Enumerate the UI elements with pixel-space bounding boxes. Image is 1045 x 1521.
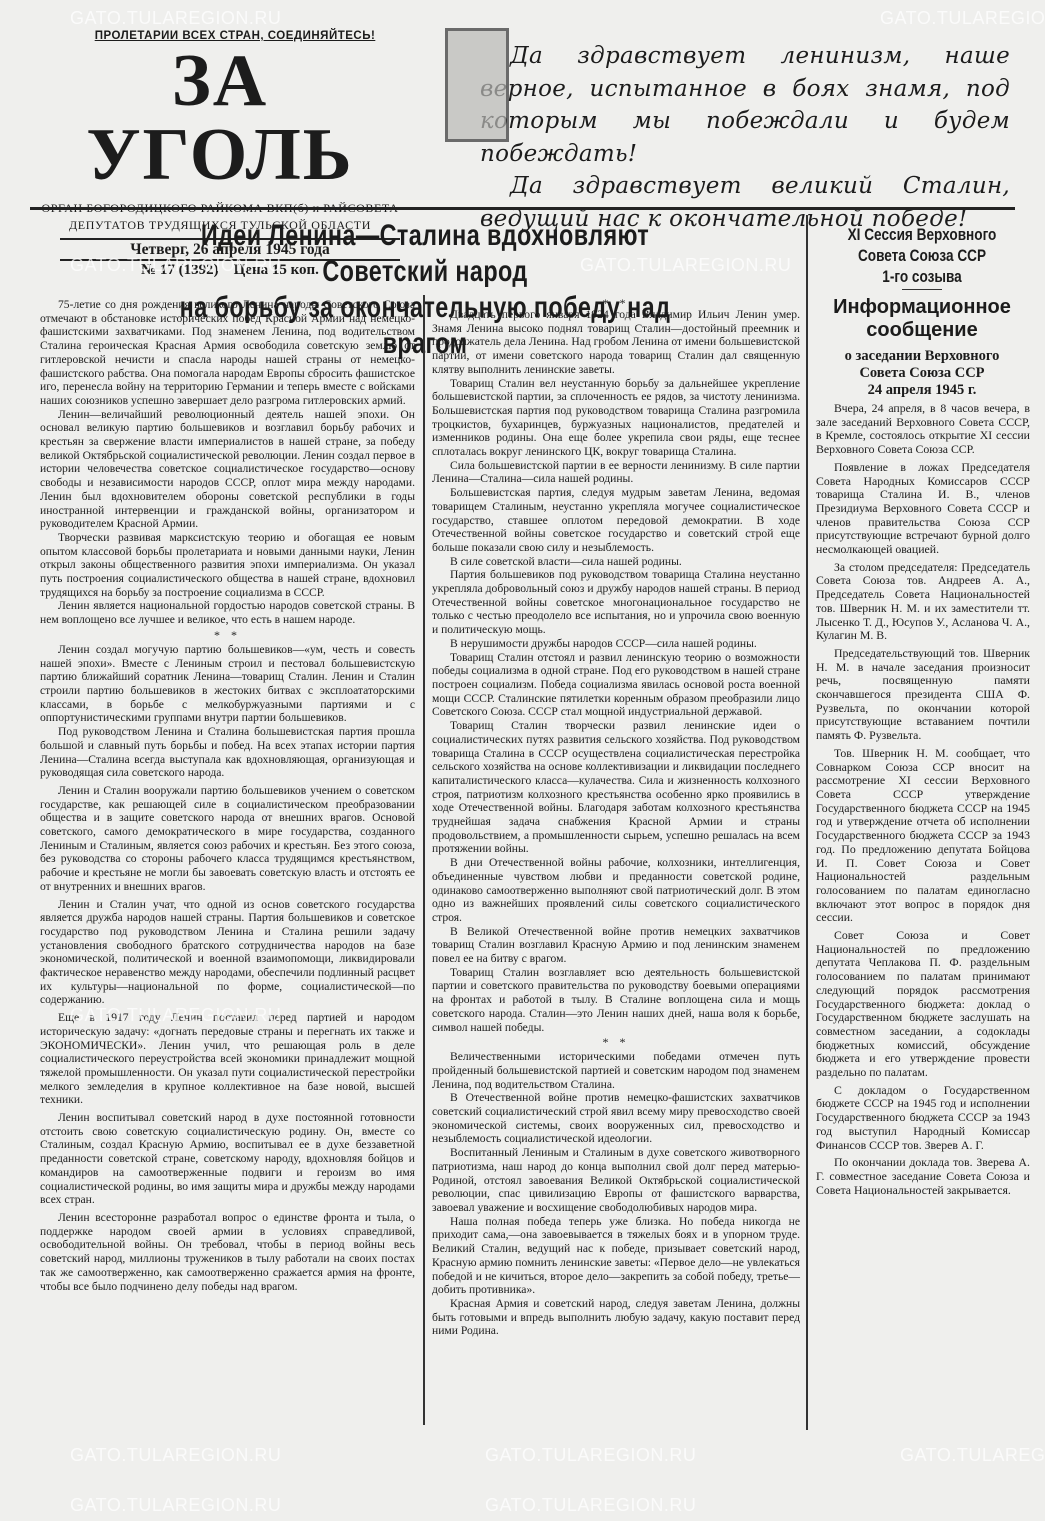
paragraph: В дни Отечественной войны рабочие, колхо… [432,856,800,925]
asterism: * * [432,1034,800,1050]
newspaper-title: ЗА УГОЛЬ [40,44,400,192]
divider [902,289,942,290]
article-column-1: 75-летие со дня рождения великого Ленина… [40,298,415,1293]
paragraph: Ленин является национальной гордостью на… [40,599,415,626]
paragraph: В нерушимости дружбы народов СССР—сила н… [432,637,800,651]
watermark: GATO.TULAREGION.RU [70,1495,281,1516]
paragraph: Двадцать первого января 1924 года Владим… [432,308,800,377]
paragraph: Ленин создал могучую партию большевиков—… [40,643,415,725]
asterism: * * [40,627,415,643]
session-title: XI Сессия Верховного Совета Союза ССР 1-… [834,224,1010,287]
asterism: * * [432,298,800,308]
watermark: GATO.TULAREGION.RU [485,1495,696,1516]
paragraph: Тов. Шверник Н. М. сообщает, что Совнарк… [816,747,1030,925]
info-title: Информационное сообщение [812,296,1032,342]
paragraph: Сила большевистской партии в ее верности… [432,459,800,486]
watermark: GATO.TULAREGION.RU [900,1445,1045,1466]
watermark: GATO.TULAREGION.RU [485,1445,696,1466]
paragraph: В силе советской власти—сила нашей родин… [432,555,800,569]
motto-line: Да здравствует ленинизм, наше верное, ис… [480,40,1010,170]
paragraph: Красная Армия и советский народ, следуя … [432,1297,800,1338]
paragraph: Величественными историческими победами о… [432,1050,800,1091]
article-column-2: * * Двадцать первого января 1924 года Вл… [432,298,800,1338]
paragraph: Совет Союза и Совет Национальностей по п… [816,929,1030,1080]
paragraph: В Великой Отечественной войне против нем… [432,925,800,966]
paragraph: Появление в ложах Председателя Совета На… [816,461,1030,557]
paragraph: Товарищ Сталин отстоял и развил ленинску… [432,651,800,720]
sidebar-header: XI Сессия Верховного Совета Союза ССР 1-… [812,224,1032,399]
column-divider [423,295,425,1425]
paragraph: Ленин воспитывал советский народ в духе … [40,1111,415,1207]
paragraph: Наша полная победа теперь уже близка. Но… [432,1215,800,1297]
divider [30,207,1015,210]
paragraph: 75-летие со дня рождения великого Ленина… [40,298,415,408]
sidebar-column: Вчера, 24 апреля, в 8 часов вечера, в за… [816,402,1030,1197]
motto-block: Да здравствует ленинизм, наше верное, ис… [480,40,1010,235]
paragraph: Ленин и Сталин вооружали партию большеви… [40,784,415,894]
paragraph: Ленин всесторонне разработал вопрос о ед… [40,1211,415,1293]
paragraph: С докладом о Государственном бюджете ССС… [816,1084,1030,1153]
paragraph: Большевистская партия, следуя мудрым зав… [432,486,800,555]
paragraph: Товарищ Сталин возглавляет всю деятельно… [432,966,800,1035]
paragraph: Товарищ Сталин творчески развил ленински… [432,719,800,856]
paragraph: Партия большевиков под руководством това… [432,568,800,637]
paragraph: За столом председателя: Председатель Сов… [816,561,1030,643]
paragraph: Ленин—величайший революционный деятель н… [40,408,415,531]
paragraph: Вчера, 24 апреля, в 8 часов вечера, в за… [816,402,1030,457]
watermark: GATO.TULAREGION.RU [70,1445,281,1466]
paragraph: Товарищ Сталин вел неустанную борьбу за … [432,377,800,459]
paragraph: Еще в 1917 году Ленин поставил перед пар… [40,1011,415,1107]
column-divider [806,215,808,1430]
info-subtitle: о заседании Верховного Совета Союза ССР … [812,348,1032,399]
archive-stamp-icon [445,28,509,142]
paragraph: Под руководством Ленина и Сталина больше… [40,725,415,780]
paragraph: Ленин и Сталин учат, что одной из основ … [40,898,415,1008]
paragraph: Воспитанный Лениным и Сталиным в духе со… [432,1146,800,1215]
paragraph: Председательствующий тов. Шверник Н. М. … [816,647,1030,743]
paragraph: Творчески развивая марксистскую теорию и… [40,531,415,600]
paragraph: По окончании доклада тов. Зверева А. Г. … [816,1156,1030,1197]
masthead: ПРОЛЕТАРИИ ВСЕХ СТРАН, СОЕДИНЯЙТЕСЬ! ЗА … [0,0,1045,215]
paragraph: В Отечественной войне против немецко-фаш… [432,1091,800,1146]
